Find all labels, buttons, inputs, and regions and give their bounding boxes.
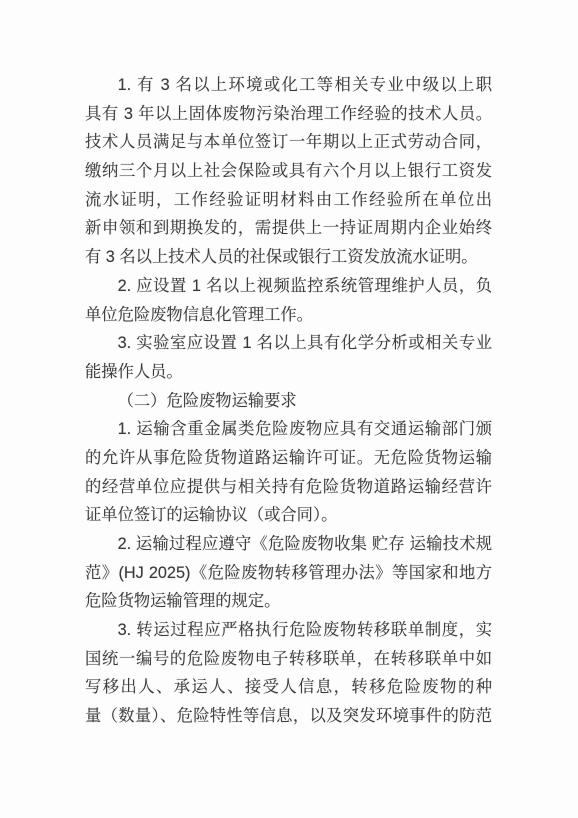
text-line: 3. 实验室应设置 1 名以上具有化学分析或相关专业技 (85, 329, 492, 358)
text-line: 2. 运输过程应遵守《危险废物收集 贮存 运输技术规 (85, 530, 492, 559)
text-line: 1. 运输含重金属类危险废物应具有交通运输部门颁发 (85, 415, 492, 444)
paragraph: 1. 有 3 名以上环境或化工等相关专业中级以上职称，且具有 3 年以上固体废物… (85, 71, 492, 272)
section-heading: （二）危险废物运输要求 (85, 387, 492, 416)
text-line: 写移出人、承运人、接受人信息，转移危险废物的种类、重 (85, 673, 492, 702)
text-line: 技术人员满足与本单位签订一年期以上正式劳动合同，至少 (85, 128, 492, 157)
paragraph: 2. 应设置 1 名以上视频监控系统管理维护人员，负责本单位危险废物信息化管理工… (85, 272, 492, 329)
text-line: 2. 应设置 1 名以上视频监控系统管理维护人员，负责本 (85, 272, 492, 301)
paragraph: 2. 运输过程应遵守《危险废物收集 贮存 运输技术规范》(HJ 2025)《危险… (85, 530, 492, 616)
text-line: 单位危险废物信息化管理工作。 (85, 301, 492, 330)
text-line: 危险货物运输管理的规定。 (85, 587, 492, 616)
document-page: 1. 有 3 名以上环境或化工等相关专业中级以上职称，且具有 3 年以上固体废物… (0, 0, 578, 818)
paragraph: 3. 实验室应设置 1 名以上具有化学分析或相关专业技能操作人员。 (85, 329, 492, 386)
paragraph: 3. 转运过程应严格执行危险废物转移联单制度，实行全国统一编号的危险废物电子转移… (85, 616, 492, 731)
text-line: （二）危险废物运输要求 (85, 387, 492, 416)
text-line: 的经营单位应提供与相关持有危险货物道路运输经营许可 (85, 473, 492, 502)
text-line: 有 3 名以上技术人员的社保或银行工资发放流水证明。 (85, 243, 492, 272)
text-line: 流水证明，工作经验证明材料由工作经验所在单位出具。重 (85, 186, 492, 215)
text-line: 量（数量）、危险特性等信息，以及突发环境事件的防范措 (85, 702, 492, 731)
paragraph: 1. 运输含重金属类危险废物应具有交通运输部门颁发的允许从事危险货物道路运输许可… (85, 415, 492, 530)
text-line: 国统一编号的危险废物电子转移联单，在转移联单中如实填 (85, 645, 492, 674)
text-line: 新申领和到期换发的，需提供上一持证周期内企业始终保持 (85, 214, 492, 243)
document-text-block: 1. 有 3 名以上环境或化工等相关专业中级以上职称，且具有 3 年以上固体废物… (85, 71, 492, 731)
text-line: 能操作人员。 (85, 358, 492, 387)
text-line: 具有 3 年以上固体废物污染治理工作经验的技术人员。上述 (85, 100, 492, 129)
text-line: 缴纳三个月以上社会保险或具有六个月以上银行工资发放 (85, 157, 492, 186)
text-line: 范》(HJ 2025)《危险废物转移管理办法》等国家和地方有关 (85, 559, 492, 588)
text-line: 证单位签订的运输协议（或合同）。 (85, 501, 492, 530)
text-line: 3. 转运过程应严格执行危险废物转移联单制度，实行全 (85, 616, 492, 645)
text-line: 1. 有 3 名以上环境或化工等相关专业中级以上职称，且 (85, 71, 492, 100)
text-line: 的允许从事危险货物道路运输许可证。无危险货物运输资质 (85, 444, 492, 473)
